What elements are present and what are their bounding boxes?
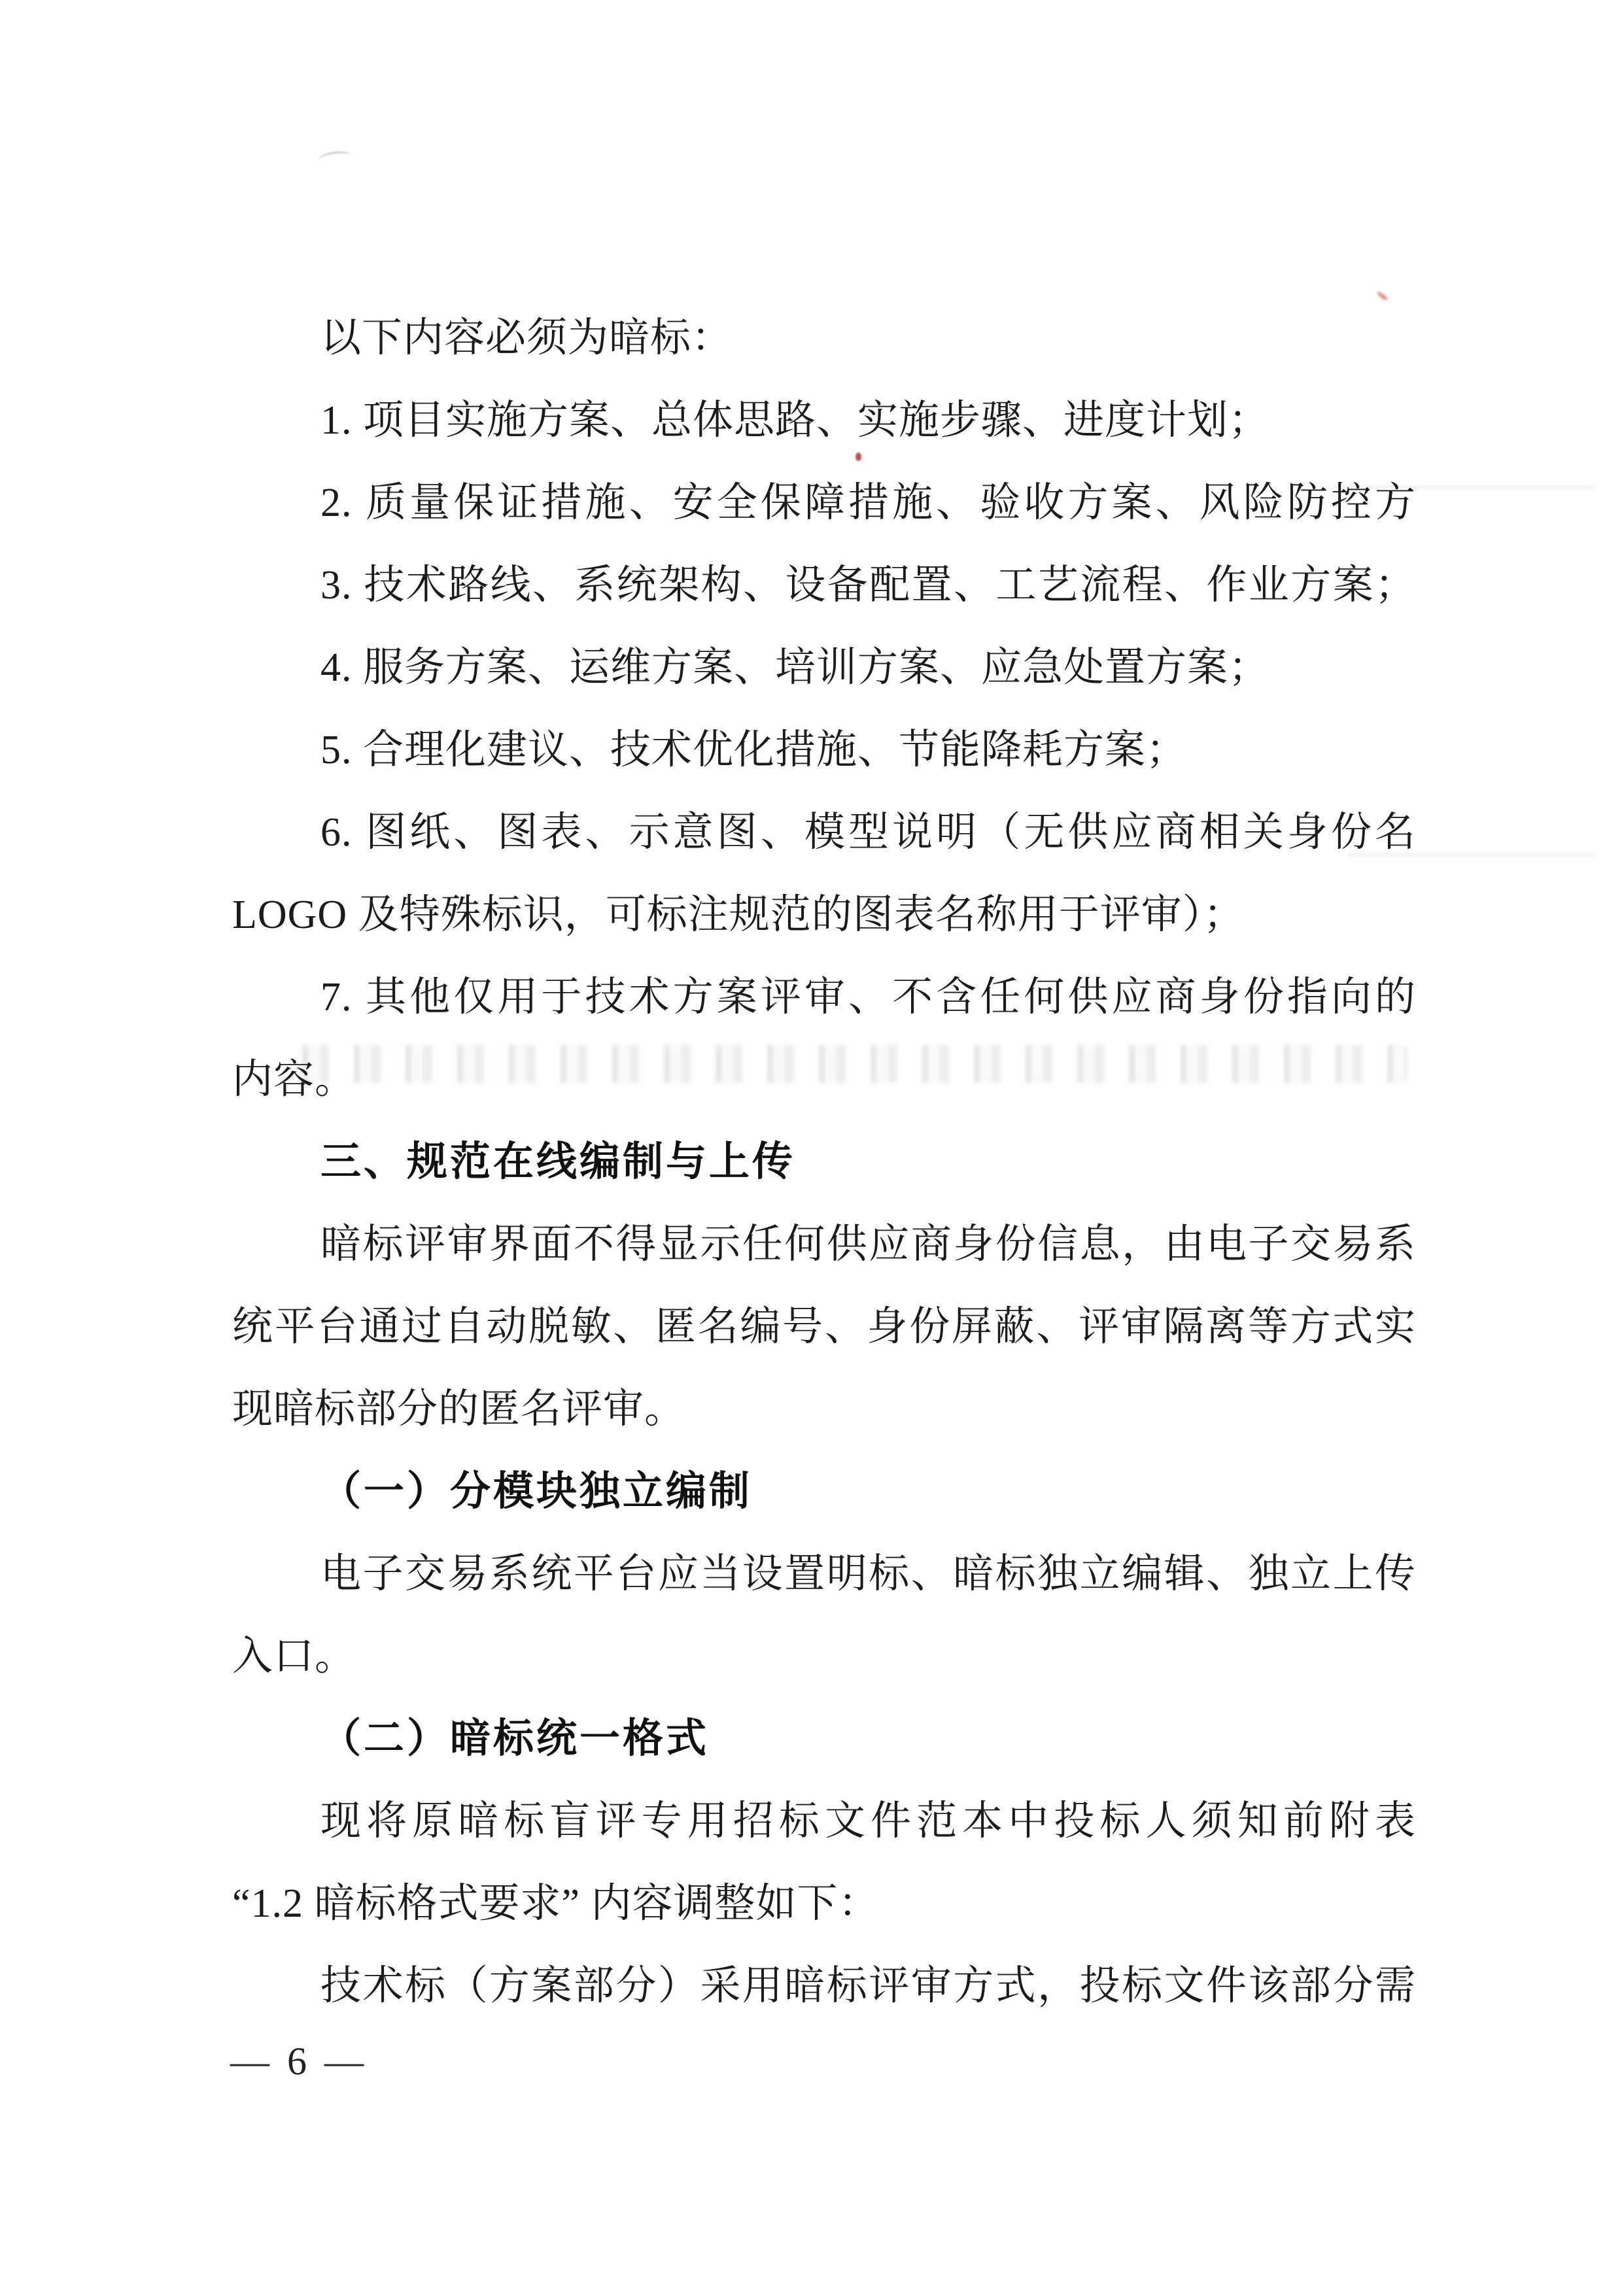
- paragraph-line: 统平台通过自动脱敏、匿名编号、身份屏蔽、评审隔离等方式实: [232, 1286, 1416, 1368]
- list-item-5: 5. 合理化建议、技术优化措施、节能降耗方案；: [232, 709, 1416, 791]
- paragraph-line: 入口。: [232, 1615, 1416, 1698]
- subsection-heading-2: （二）暗标统一格式: [232, 1698, 1416, 1780]
- list-item-6-cont: LOGO 及特殊标识，可标注规范的图表名称用于评审）；: [232, 874, 1416, 956]
- section-heading-3: 三、规范在线编制与上传: [232, 1121, 1416, 1203]
- document-body: 以下内容必须为暗标： 1. 项目实施方案、总体思路、实施步骤、进度计划； 2. …: [232, 297, 1416, 2027]
- page-number: — 6 —: [230, 2039, 368, 2084]
- paragraph-line: “1.2 暗标格式要求” 内容调整如下：: [232, 1862, 1416, 1945]
- list-item-1: 1. 项目实施方案、总体思路、实施步骤、进度计划；: [232, 379, 1416, 462]
- list-item-7-cont: 内容。: [232, 1038, 1416, 1121]
- paragraph-line: 暗标评审界面不得显示任何供应商身份信息，由电子交易系: [232, 1203, 1416, 1286]
- subsection-heading-1: （一）分模块独立编制: [232, 1450, 1416, 1533]
- paragraph-line: 现暗标部分的匿名评审。: [232, 1368, 1416, 1450]
- list-item-2: 2. 质量保证措施、安全保障措施、验收方案、风险防控方案；: [232, 462, 1416, 544]
- paragraph-line: 电子交易系统平台应当设置明标、暗标独立编辑、独立上传: [232, 1533, 1416, 1615]
- paragraph-line: 技术标（方案部分）采用暗标评审方式，投标文件该部分需: [232, 1945, 1416, 2027]
- intro-line: 以下内容必须为暗标：: [232, 297, 1416, 379]
- pencil-scan-artifact: [318, 150, 352, 167]
- list-item-3: 3. 技术路线、系统架构、设备配置、工艺流程、作业方案；: [232, 544, 1416, 626]
- list-item-7: 7. 其他仅用于技术方案评审、不含任何供应商身份指向的: [232, 956, 1416, 1038]
- list-item-6: 6. 图纸、图表、示意图、模型说明（无供应商相关身份名称、: [232, 791, 1416, 874]
- document-page: 以下内容必须为暗标： 1. 项目实施方案、总体思路、实施步骤、进度计划； 2. …: [0, 0, 1624, 2296]
- paragraph-line: 现将原暗标盲评专用招标文件范本中投标人须知前附表: [232, 1780, 1416, 1862]
- list-item-4: 4. 服务方案、运维方案、培训方案、应急处置方案；: [232, 626, 1416, 709]
